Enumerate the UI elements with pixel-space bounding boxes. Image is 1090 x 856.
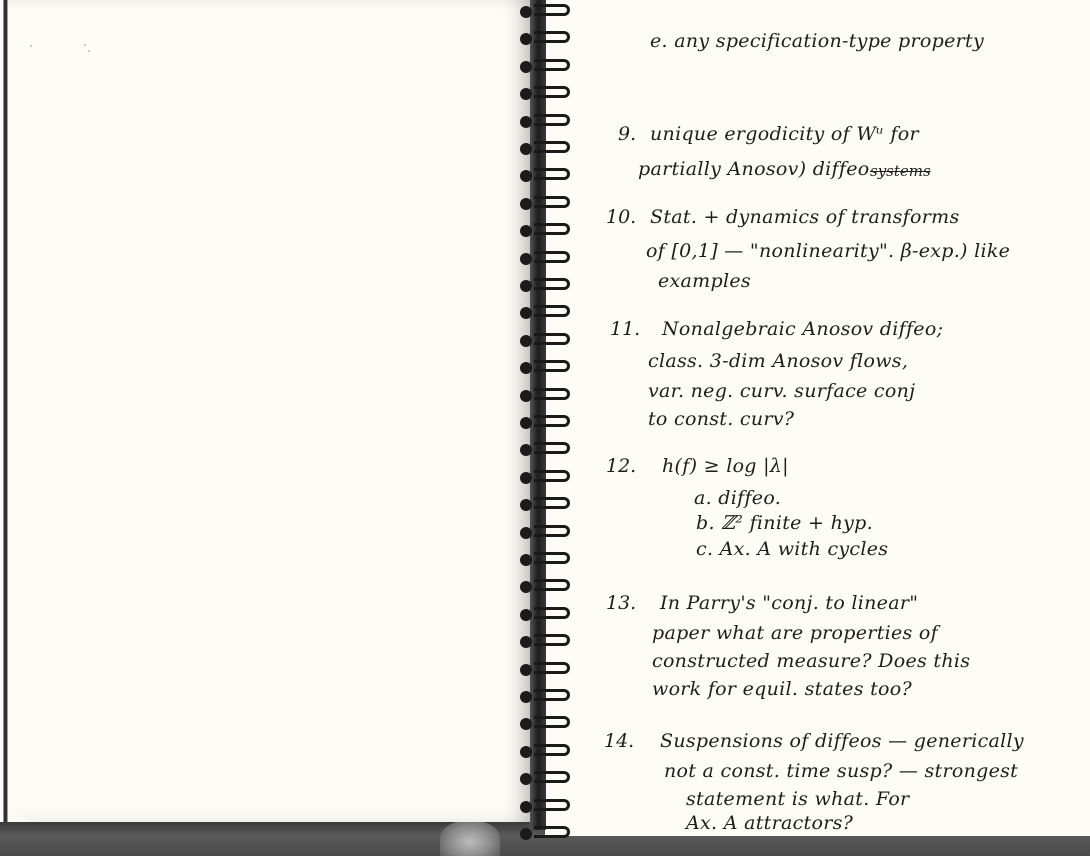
item-13-line-2: paper what are properties of [652,622,938,644]
item-14-line-1: Suspensions of diffeos — generically [660,730,1024,752]
coil-loop [534,86,570,98]
item-12-subitem-c: c. Ax. A with cycles [696,538,888,560]
item-12-line-1: h(f) ≥ log |λ| [662,455,789,477]
coil-loop [534,388,570,400]
spiral-coil [520,632,574,650]
item-number-13: 13. [606,592,636,614]
coil-ball [520,801,532,813]
coil-loop [534,251,570,263]
spiral-coil [520,687,574,705]
coil-loop [534,525,570,537]
item-number-10: 10. [606,206,636,228]
spiral-coil [520,769,574,787]
item-number-14: 14. [604,730,634,752]
spiral-coil [520,660,574,678]
coil-ball [520,6,532,18]
item-12-subitem-b: b. ℤ² finite + hyp. [696,512,873,534]
coil-loop [534,4,570,16]
spiral-coil [520,276,574,294]
spiral-coil [520,249,574,267]
coil-loop [534,442,570,454]
coil-ball [520,472,532,484]
left-page-blank [8,0,533,822]
spiral-coil [520,112,574,130]
coil-ball [520,198,532,210]
coil-ball [520,280,532,292]
item-13-line-1: In Parry's "conj. to linear" [660,592,918,614]
coil-ball [520,527,532,539]
item-14-line-2: not a const. time susp? — strongest [664,760,1018,782]
notebook-left-edge [0,0,8,856]
coil-loop [534,333,570,345]
spiral-coil [520,331,574,349]
coil-loop [534,196,570,208]
coil-loop [534,59,570,71]
coil-loop [534,278,570,290]
coil-ball [520,33,532,45]
spiral-coil [520,440,574,458]
spiral-coil [520,605,574,623]
coil-ball [520,773,532,785]
spiral-coil [520,166,574,184]
coil-ball [520,691,532,703]
handwritten-notes: e. any specification-type property 9. un… [600,0,1080,830]
coil-loop [534,114,570,126]
spiral-coil [520,523,574,541]
item-9-line-1: unique ergodicity of Wᵘ for [650,123,919,145]
item-line: partially Anosov) diffeo [638,158,870,180]
item-11-line-2: class. 3-dim Anosov flows, [648,350,908,372]
coil-ball [520,253,532,265]
coil-loop [534,771,570,783]
spiral-coil [520,303,574,321]
item-10-line-1: Stat. + dynamics of transforms [650,206,960,228]
spiral-coil [520,29,574,47]
item-12-subitem-a: a. diffeo. [694,487,781,509]
item-14-line-4: Ax. A attractors? [686,812,853,834]
coil-ball [520,718,532,730]
coil-loop [534,415,570,427]
coil-ball [520,116,532,128]
coil-ball [520,170,532,182]
note-item-e: e. any specification-type property [650,30,984,52]
coil-ball [520,61,532,73]
coil-ball [520,143,532,155]
coil-ball [520,499,532,511]
spiral-coil [520,495,574,513]
coil-loop [534,305,570,317]
item-number: e. [650,30,668,52]
spiral-coil [520,714,574,732]
paper-speck [84,44,86,46]
coil-loop [534,31,570,43]
paper-speck [30,45,32,47]
coil-ball [520,225,532,237]
coil-ball [520,417,532,429]
coil-loop [534,634,570,646]
coil-loop [534,497,570,509]
coil-ball [520,609,532,621]
coil-loop [534,799,570,811]
item-10-line-3: examples [658,270,751,292]
coil-loop [534,689,570,701]
spiral-binding [520,0,576,830]
spiral-coil [520,57,574,75]
coil-loop [534,141,570,153]
item-number-11: 11. [610,318,640,340]
spiral-coil [520,221,574,239]
spiral-coil [520,194,574,212]
item-9-line-2: partially Anosov) diffeo [638,158,870,180]
coil-loop [534,826,570,838]
coil-ball [520,636,532,648]
item-line: any specification-type property [674,30,984,52]
item-13-line-4: work for equil. states too? [652,678,912,700]
coil-loop [534,470,570,482]
spiral-coil [520,824,574,842]
coil-loop [534,360,570,372]
item-number-12: 12. [606,455,636,477]
spiral-coil [520,2,574,20]
coil-loop [534,168,570,180]
item-10-line-2: of [0,1] — "nonlinearity". β-exp.) like [646,240,1010,262]
coil-loop [534,662,570,674]
coil-ball [520,746,532,758]
coil-ball [520,335,532,347]
item-14-line-3: statement is what. For [686,788,909,810]
coil-ball [520,554,532,566]
coil-ball [520,828,532,840]
spiral-coil [520,413,574,431]
coil-loop [534,223,570,235]
spiral-coil [520,84,574,102]
spiral-coil [520,468,574,486]
item-13-line-3: constructed measure? Does this [652,650,970,672]
spiral-coil [520,358,574,376]
spiral-coil [520,139,574,157]
coil-ball [520,390,532,402]
coil-loop [534,552,570,564]
coil-loop [534,744,570,756]
spiral-coil [520,742,574,760]
coil-ball [520,88,532,100]
coil-ball [520,307,532,319]
spiral-coil [520,386,574,404]
item-11-line-4: to const. curv? [648,408,794,430]
coil-ball [520,444,532,456]
coil-ball [520,581,532,593]
coil-ball [520,664,532,676]
coil-ball [520,362,532,374]
spiral-coil [520,577,574,595]
item-number-9: 9. [618,123,636,145]
coil-loop [534,607,570,619]
coil-loop [534,716,570,728]
item-11-line-3: var. neg. curv. surface conj [648,380,915,402]
spiral-coil [520,797,574,815]
item-11-line-1: Nonalgebraic Anosov diffeo; [662,318,943,340]
paper-speck [88,50,90,52]
struck-word: systems [870,162,931,180]
coil-loop [534,579,570,591]
spiral-coil [520,550,574,568]
item-line: statement is what. For [686,788,909,810]
